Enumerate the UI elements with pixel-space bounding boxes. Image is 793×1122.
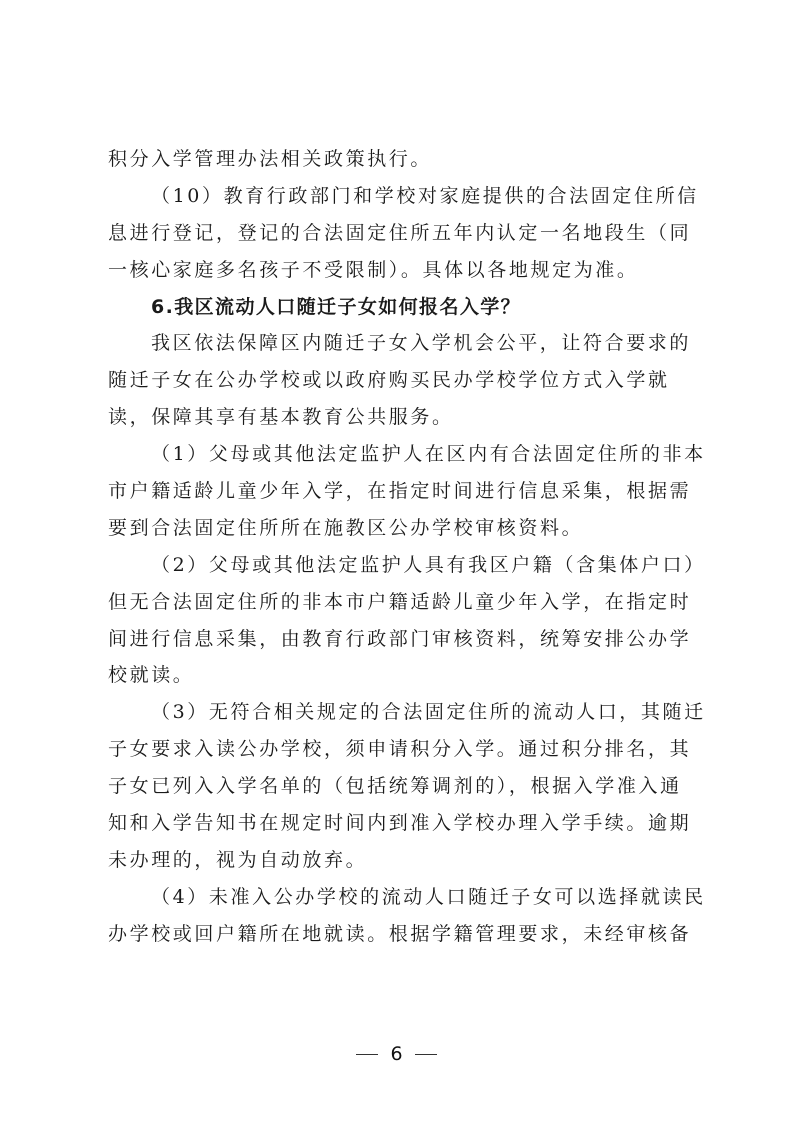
text-line: （4）未准入公办学校的流动人口随迁子女可以选择就读民 (108, 879, 692, 916)
text-line: 一核心家庭多名孩子不受限制）。具体以各地规定为准。 (108, 252, 692, 289)
text-line: 校就读。 (108, 657, 692, 694)
text-line: 间进行信息采集，由教育行政部门审核资料，统筹安排公办学 (108, 621, 692, 658)
text-line: （10）教育行政部门和学校对家庭提供的合法固定住所信 (108, 178, 692, 215)
text-line: 随迁子女在公办学校或以政府购买民办学校学位方式入学就 (108, 362, 692, 399)
text-line: 知和入学告知书在规定时间内到准入学校办理入学手续。逾期 (108, 805, 692, 842)
page-footer: 6 (0, 1043, 793, 1065)
section-heading: 6.我区流动人口随迁子女如何报名入学？ (108, 289, 692, 326)
text-line: 要到合法固定住所所在施教区公办学校审核资料。 (108, 510, 692, 547)
text-line: （3）无符合相关规定的合法固定住所的流动人口，其随迁 (108, 694, 692, 731)
document-page: 积分入学管理办法相关政策执行。 （10）教育行政部门和学校对家庭提供的合法固定住… (0, 0, 793, 1122)
text-line: 市户籍适龄儿童少年入学，在指定时间进行信息采集，根据需 (108, 473, 692, 510)
dash-left (356, 1054, 378, 1055)
text-line: （2）父母或其他法定监护人具有我区户籍（含集体户口） (108, 547, 692, 584)
dash-right (415, 1054, 437, 1055)
text-line: 子女要求入读公办学校，须申请积分入学。通过积分排名，其 (108, 731, 692, 768)
text-line: 积分入学管理办法相关政策执行。 (108, 141, 692, 178)
text-line: 读，保障其享有基本教育公共服务。 (108, 399, 692, 436)
page-number: 6 (390, 1043, 402, 1065)
text-line: 我区依法保障区内随迁子女入学机会公平，让符合要求的 (108, 325, 692, 362)
text-line: 但无合法固定住所的非本市户籍适龄儿童少年入学，在指定时 (108, 584, 692, 621)
text-line: 办学校或回户籍所在地就读。根据学籍管理要求，未经审核备 (108, 916, 692, 953)
text-line: 息进行登记，登记的合法固定住所五年内认定一名地段生（同 (108, 215, 692, 252)
text-line: 子女已列入入学名单的（包括统筹调剂的），根据入学准入通 (108, 768, 692, 805)
text-line: 未办理的，视为自动放弃。 (108, 842, 692, 879)
document-body: 积分入学管理办法相关政策执行。 （10）教育行政部门和学校对家庭提供的合法固定住… (108, 141, 692, 953)
text-line: （1）父母或其他法定监护人在区内有合法固定住所的非本 (108, 436, 692, 473)
